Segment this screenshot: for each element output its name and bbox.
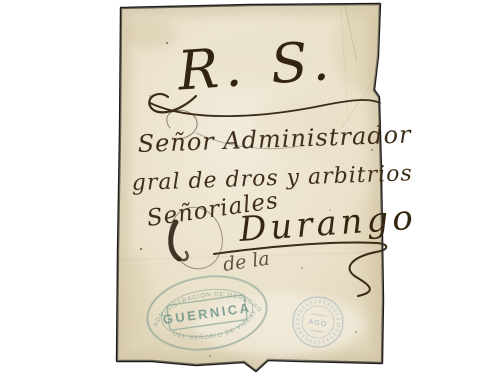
photo-background: R. S. Señor Administrador gral de dros y…	[0, 0, 500, 375]
cover-paper: R. S. Señor Administrador gral de dros y…	[0, 0, 500, 375]
initials-calligraphy: R. S.	[175, 29, 337, 103]
